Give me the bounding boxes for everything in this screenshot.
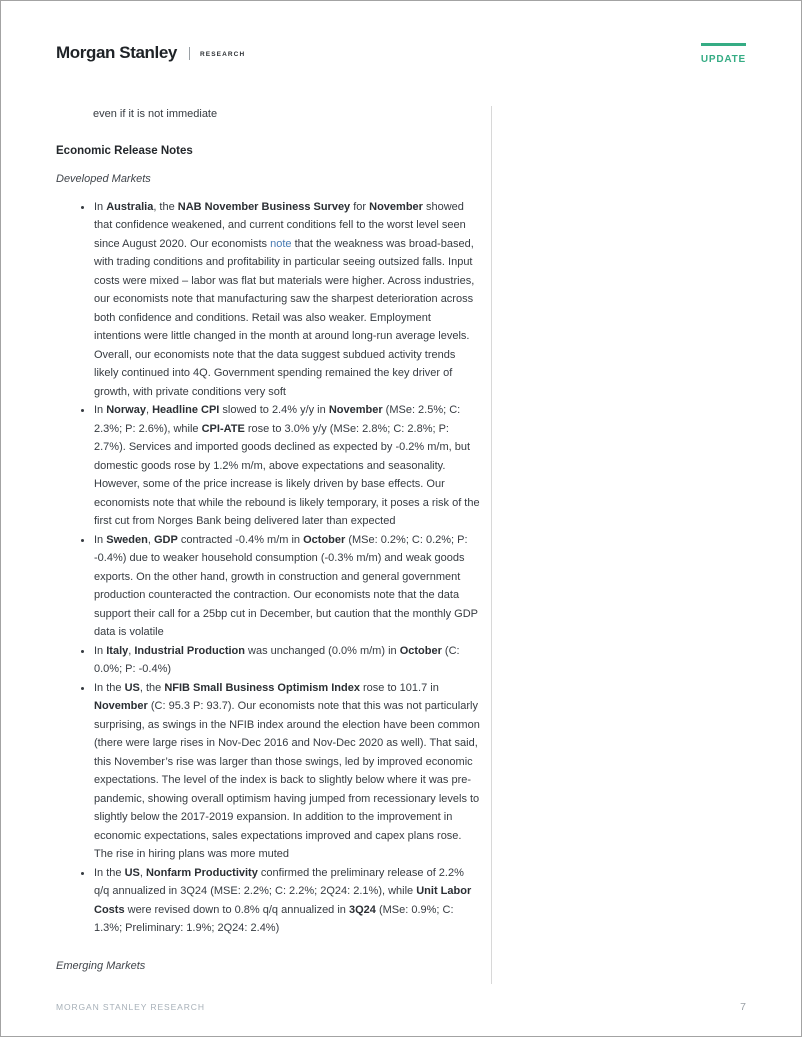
list-item: In Sweden, GDP contracted -0.4% m/m in O… <box>93 531 480 642</box>
text-segment: In <box>94 534 106 546</box>
text-segment: October <box>303 534 345 546</box>
document-page: { "header": { "logo": "Morgan Stanley", … <box>0 0 802 1037</box>
carryover-text: even if it is not immediate <box>93 105 480 124</box>
column-divider <box>491 106 492 984</box>
subsection-developed-markets: Developed Markets <box>56 170 480 189</box>
text-segment: Norway <box>106 404 146 416</box>
text-segment: In <box>94 201 106 213</box>
text-segment: , the <box>153 201 177 213</box>
text-segment: Nonfarm Productivity <box>146 867 258 879</box>
section-heading: Economic Release Notes <box>56 142 480 161</box>
update-badge-label: UPDATE <box>701 54 746 65</box>
text-segment: were revised down to 0.8% q/q annualized… <box>125 904 349 916</box>
brand-lockup: Morgan Stanley RESEARCH <box>56 43 245 63</box>
text-segment: that the weakness was broad-based, with … <box>94 238 474 398</box>
morgan-stanley-logo: Morgan Stanley <box>56 43 177 63</box>
text-segment: October <box>400 645 442 657</box>
text-segment: Sweden <box>106 534 148 546</box>
text-segment: Italy <box>106 645 128 657</box>
note-link[interactable]: note <box>270 238 291 250</box>
update-badge: UPDATE <box>701 43 746 67</box>
brand-divider <box>189 47 190 60</box>
text-segment: November <box>94 700 148 712</box>
text-segment: rose to 3.0% y/y (MSe: 2.8%; C: 2.8%; P:… <box>94 423 480 528</box>
text-segment: November <box>329 404 383 416</box>
text-segment: NAB November Business Survey <box>178 201 350 213</box>
text-segment: US <box>125 867 140 879</box>
text-segment: In the <box>94 682 125 694</box>
text-segment: rose to 101.7 in <box>360 682 439 694</box>
text-segment: In <box>94 404 106 416</box>
list-item: In the US, the NFIB Small Business Optim… <box>93 679 480 864</box>
research-label: RESEARCH <box>200 51 245 58</box>
update-badge-bar <box>701 43 746 46</box>
text-segment: for <box>350 201 369 213</box>
text-segment: contracted -0.4% m/m in <box>178 534 303 546</box>
list-item: In Norway, Headline CPI slowed to 2.4% y… <box>93 401 480 531</box>
text-segment: Australia <box>106 201 153 213</box>
page-number: 7 <box>740 1001 746 1013</box>
text-segment: US <box>125 682 140 694</box>
text-segment: Headline CPI <box>152 404 219 416</box>
page-footer: MORGAN STANLEY RESEARCH 7 <box>56 1001 746 1013</box>
text-segment: 3Q24 <box>349 904 376 916</box>
text-segment: CPI-ATE <box>202 423 245 435</box>
text-segment: , the <box>140 682 164 694</box>
text-segment: GDP <box>154 534 178 546</box>
subsection-emerging-markets: Emerging Markets <box>56 957 480 976</box>
text-segment: In the <box>94 867 125 879</box>
text-segment: was unchanged (0.0% m/m) in <box>245 645 400 657</box>
page-header: Morgan Stanley RESEARCH UPDATE <box>56 43 746 67</box>
list-item: In Italy, Industrial Production was unch… <box>93 642 480 679</box>
text-segment: (C: 95.3 P: 93.7). Our economists note t… <box>94 700 480 860</box>
list-item: In Australia, the NAB November Business … <box>93 198 480 402</box>
footer-brand: MORGAN STANLEY RESEARCH <box>56 1002 205 1012</box>
text-segment: In <box>94 645 106 657</box>
text-segment: slowed to 2.4% y/y in <box>219 404 328 416</box>
text-segment: Industrial Production <box>134 645 245 657</box>
list-item: In the US, Nonfarm Productivity confirme… <box>93 864 480 938</box>
text-segment: (MSe: 0.2%; C: 0.2%; P: -0.4%) due to we… <box>94 534 478 639</box>
text-segment: NFIB Small Business Optimism Index <box>164 682 360 694</box>
bullet-list: In Australia, the NAB November Business … <box>56 198 480 938</box>
report-body: even if it is not immediate Economic Rel… <box>56 105 480 975</box>
text-segment: November <box>369 201 423 213</box>
